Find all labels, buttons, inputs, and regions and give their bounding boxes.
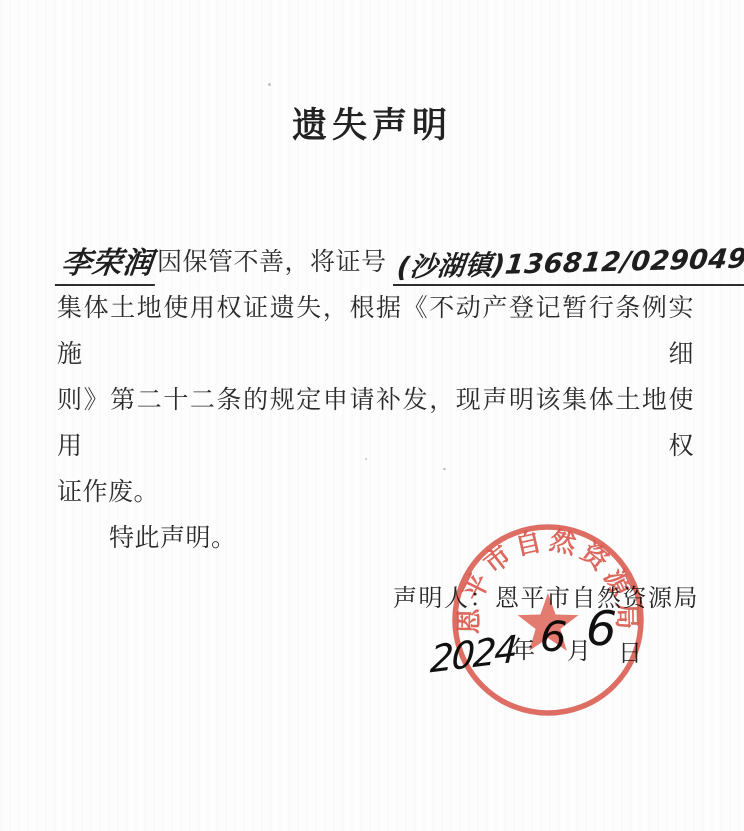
body-line-4: 证作废。 <box>57 470 694 516</box>
handwritten-name: 李荣润 <box>55 244 159 286</box>
document-body: 李荣润因保管不善，将证号 (沙湖镇)136812/029049 号 集体土地使用… <box>57 240 694 562</box>
page-title: 遗失声明 <box>0 0 744 148</box>
scan-speck <box>443 468 446 470</box>
body-line-3: 则》第二十二条的规定申请补发，现声明该集体土地使用权 <box>57 378 694 470</box>
body-line-1: 李荣润因保管不善，将证号 (沙湖镇)136812/029049 号 <box>57 240 694 286</box>
handwritten-certificate-number: (沙湖镇)136812/029049 <box>394 240 744 287</box>
scanned-document-page: 遗失声明 李荣润因保管不善，将证号 (沙湖镇)136812/029049 号 集… <box>0 0 744 831</box>
body-line-1-text: 因保管不善，将证号 <box>157 240 387 286</box>
star-icon <box>518 593 579 651</box>
body-line-2: 集体土地使用权证遗失，根据《不动产登记暂行条例实施细 <box>57 286 694 378</box>
official-red-seal: 恩平市自然资源局 <box>448 520 648 720</box>
scan-speck <box>365 458 367 460</box>
scan-speck <box>268 83 271 86</box>
certificate-number-underline: (沙湖镇)136812/029049 号 <box>393 241 744 286</box>
